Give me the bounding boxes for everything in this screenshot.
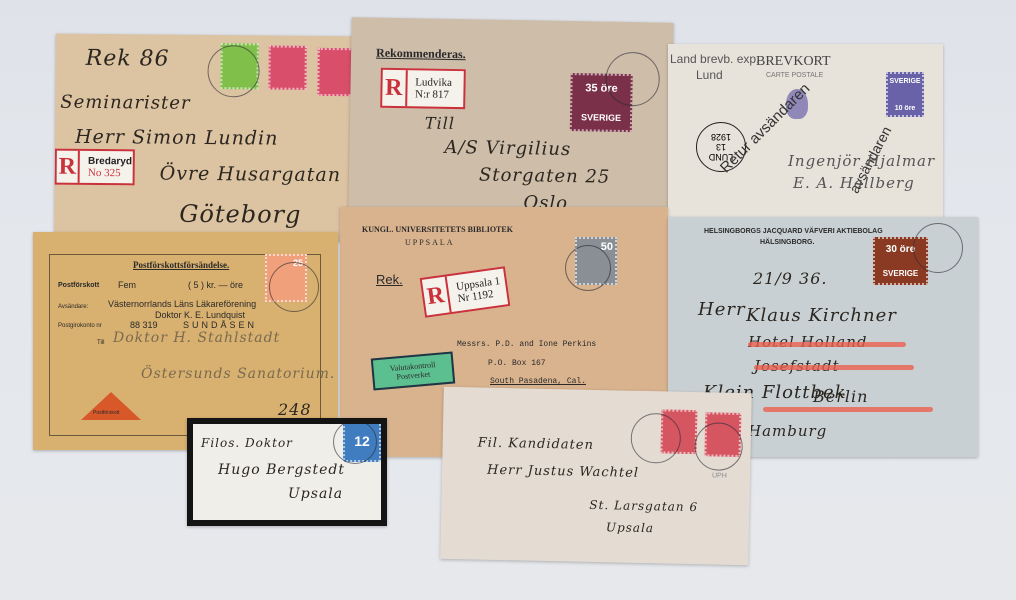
postmark-day: 13	[716, 142, 726, 152]
form-value: Västernorrlands Läns Läkareförening	[108, 299, 256, 309]
handwriting-line: Upsala	[606, 520, 654, 535]
handwriting-line: A/S Virgilius	[444, 137, 571, 160]
printed-subheader: CARTE POSTALE	[766, 72, 823, 79]
form-amount: ( 5 ) kr. — öre	[188, 280, 243, 290]
handwriting-line: Klaus Kirchner	[746, 305, 897, 326]
handwriting-note: 248	[278, 400, 312, 419]
form-value: Fem	[118, 280, 136, 290]
sender-stamp: Land brevb. exp.	[670, 52, 759, 66]
registration-office: Ludvika	[415, 76, 464, 89]
pencil-note: UPH	[712, 472, 727, 479]
printed-header: BREVKORT	[756, 54, 831, 70]
handwriting-line: Doktor H. Stahlstadt	[113, 330, 280, 346]
form-label: Till	[97, 340, 104, 346]
printed-header: HELSINGBORGS JACQUARD VÄFVERI AKTIEBOLAG	[704, 228, 883, 235]
registration-office: Bredaryd	[88, 155, 133, 166]
stamp-value: 10 öre	[895, 105, 916, 112]
handwriting-line: Herr	[698, 299, 746, 320]
postmark-stockholm	[694, 422, 743, 471]
printed-header: KUNGL. UNIVERSITETETS BIBLIOTEK	[362, 225, 513, 234]
handwriting-line: Östersunds Sanatorium.	[141, 366, 335, 382]
stamp-country: SVERIGE	[883, 269, 919, 278]
red-strike	[754, 365, 914, 370]
handwriting-line: Storgaten 25	[479, 164, 611, 187]
handwriting-line: Upsala	[288, 486, 343, 502]
form-value: Doktor K. E. Lundquist	[155, 310, 245, 320]
registration-label: R Bredaryd No 325	[55, 149, 135, 186]
postmark	[207, 45, 259, 97]
postmark	[605, 52, 660, 107]
red-strike	[763, 407, 933, 412]
registration-label: R Ludvika N:r 817	[380, 68, 466, 109]
customs-label: Valutakontroll Postverket	[371, 351, 455, 390]
handwriting-line: Hugo Bergstedt	[218, 462, 345, 478]
form-label: Postgirokonto nr	[58, 323, 102, 329]
handwriting-line: Hamburg	[748, 422, 827, 440]
postmark-sundasen	[269, 262, 319, 312]
sender-stamp: Lund	[696, 68, 723, 82]
handwriting-line: E. A. Hallberg	[793, 174, 915, 192]
cover-brevkort-lund: Land brevb. exp. Lund BREVKORT CARTE POS…	[668, 44, 943, 219]
handwriting-line: Herr Simon Lundin	[75, 126, 279, 150]
handwriting-line: Seminarister	[60, 92, 190, 114]
typed-address: Messrs. P.D. and Ione Perkins	[457, 340, 596, 349]
handwriting-line: Övre Husargatan 11	[160, 163, 366, 187]
postmark	[565, 245, 611, 291]
handwriting-line: Herr Justus Wachtel	[487, 463, 639, 481]
cover-stockholm: UPH Fil. Kandidaten Herr Justus Wachtel …	[440, 387, 752, 565]
cover-ludvika-registered: Rekommenderas. R Ludvika N:r 817 35 öre …	[348, 17, 673, 218]
rek-mark: Rek.	[376, 272, 403, 287]
registration-number: No 325	[88, 166, 133, 178]
registration-letter: R	[57, 151, 81, 183]
handwriting-line: Filos. Doktor	[201, 436, 293, 450]
form-value: 88 319	[130, 320, 158, 330]
stamp-red	[268, 46, 306, 90]
printed-header: Postförskottsförsändelse.	[133, 260, 229, 270]
postmark-stockholm	[630, 413, 681, 464]
stamp-value: 30 öre	[886, 244, 915, 255]
stamp-10-ore: SVERIGE 10 öre	[886, 72, 924, 117]
printed-header: Rekommenderas.	[376, 46, 466, 63]
postmark-year: 1928	[711, 132, 731, 142]
cover-bredaryd-registered: Rek 86 Seminarister Herr Simon Lundin Öv…	[54, 34, 366, 242]
form-label: Avsändare:	[58, 304, 88, 310]
postmark-stockholm	[333, 420, 377, 464]
typed-address: P.O. Box 167	[488, 359, 546, 368]
form-label: Postförskott	[58, 282, 99, 289]
triangle-label: Postförskott	[93, 410, 119, 416]
printed-header: UPPSALA	[405, 238, 455, 247]
printed-header: HÄLSINGBORG.	[760, 239, 814, 246]
handwriting-line: 21/9 36.	[753, 269, 827, 288]
handwriting-line: Göteborg	[179, 200, 301, 229]
handwriting-line: Till	[425, 113, 455, 133]
cover-mourning: 12 Filos. Doktor Hugo Bergstedt Upsala	[187, 418, 387, 526]
handwriting-line: Berlin	[813, 387, 868, 406]
registration-letter: R	[382, 70, 407, 106]
handwriting-line: Rek 86	[86, 46, 170, 72]
stamp-country: SVERIGE	[581, 112, 621, 123]
red-strike	[748, 342, 906, 347]
handwriting-line: St. Larsgatan 6	[589, 498, 698, 514]
form-town: SUNDÅSEN	[183, 320, 257, 330]
registration-number: N:r 817	[415, 88, 464, 101]
handwriting-line: Ingenjör Hjalmar	[788, 152, 935, 170]
stamp-country: SVERIGE	[889, 78, 920, 85]
handwriting-line: Fil. Kandidaten	[478, 436, 595, 453]
customs-line: Postverket	[396, 370, 430, 382]
typed-address: South Pasadena, Cal.	[490, 377, 586, 386]
registration-label: R Uppsala 1 Nr 1192	[420, 266, 511, 318]
postmark-berlin	[913, 223, 963, 273]
